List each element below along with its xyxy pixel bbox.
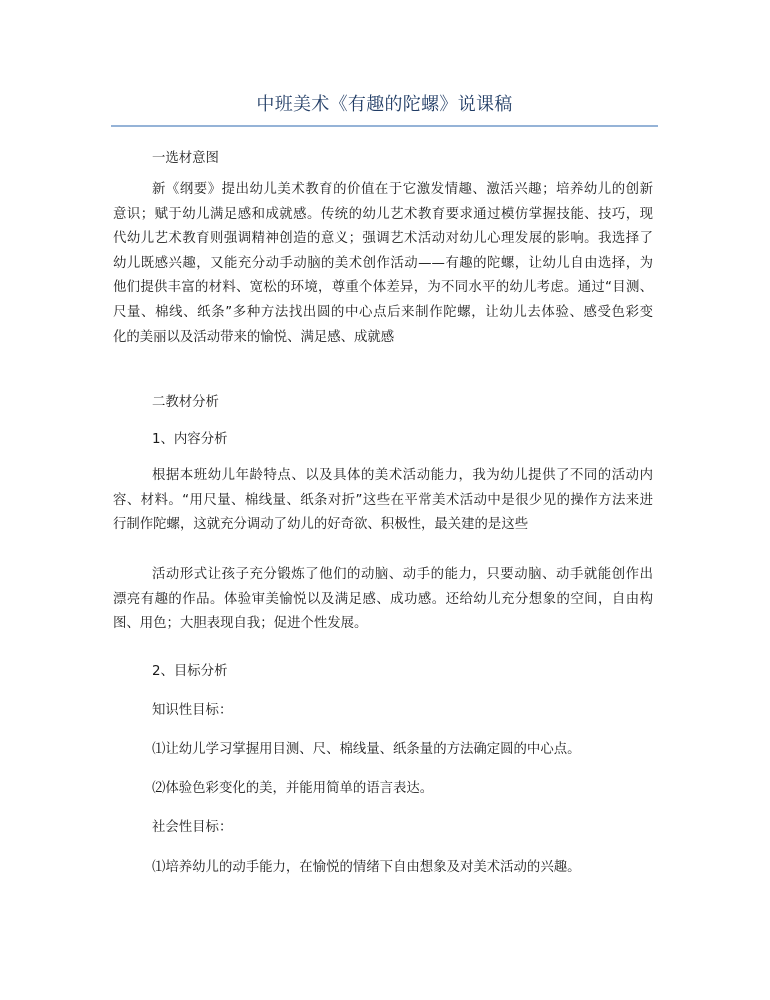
subheading-content-analysis: 1、内容分析 [152,431,227,449]
paragraph-line: 新《纲要》提出幼儿美术教育的价值在于它激发情趣、激活兴趣；培养幼儿的创新 [113,178,653,203]
paragraph-content-analysis: 根据本班幼儿年龄特点、以及具体的美术活动能力，我为幼儿提供了不同的活动内 容、材… [113,464,653,538]
heading-knowledge-goals: 知识性目标： [152,702,232,720]
paragraph-line: 他们提供丰富的材料、宽松的环境，尊重个体差异，为不同水平的幼儿考虑。通过“目测、 [113,276,653,301]
subheading-goal-analysis: 2、目标分析 [152,663,227,681]
paragraph-line: 化的美丽以及活动带来的愉悦、满足感、成就感 [113,326,653,351]
paragraph-line: 代幼儿艺术教育则强调精神创造的意义；强调艺术活动对幼儿心理发展的影响。我选择了 [113,227,653,252]
paragraph-line: 幼儿既感兴趣，又能充分动手动脑的美术创作活动——有趣的陀螺，让幼儿自由选择，为 [113,252,653,277]
section-heading-material-analysis: 二教材分析 [152,394,219,412]
title-rule-divider [111,125,658,127]
paragraph-line: 意识；赋于幼儿满足感和成就感。传统的幼儿艺术教育要求通过模仿掌握技能、技巧，现 [113,203,653,228]
section-heading-material-intent: 一选材意图 [152,150,219,168]
paragraph-line: 容、材料。“用尺量、棉线量、纸条对折”这些在平常美术活动中是很少见的操作方法来进 [113,489,653,514]
paragraph-line: 行制作陀螺，这就充分调动了幼儿的好奇欲、积极性，最关建的是这些 [113,513,653,538]
paragraph-line: 根据本班幼儿年龄特点、以及具体的美术活动能力，我为幼儿提供了不同的活动内 [113,464,653,489]
document-page: 中班美术《有趣的陀螺》说课稿 一选材意图 新《纲要》提出幼儿美术教育的价值在于它… [0,0,770,1000]
document-title: 中班美术《有趣的陀螺》说课稿 [111,92,658,118]
knowledge-goal-item: ⑴让幼儿学习掌握用目测、尺、棉线量、纸条量的方法确定圆的中心点。 [152,741,581,759]
social-goal-item: ⑴培养幼儿的动手能力，在愉悦的情绪下自由想象及对美术活动的兴趣。 [152,859,581,877]
paragraph-line: 图、用色；大胆表现自我；促进个性发展。 [113,612,653,637]
paragraph-line: 漂亮有趣的作品。体验审美愉悦以及满足感、成功感。还给幼儿充分想象的空间，自由构 [113,588,653,613]
heading-social-goals: 社会性目标： [152,819,232,837]
paragraph-material-intent: 新《纲要》提出幼儿美术教育的价值在于它激发情趣、激活兴趣；培养幼儿的创新 意识；… [113,178,653,350]
paragraph-line: 活动形式让孩子充分锻炼了他们的动脑、动手的能力，只要动脑、动手就能创作出 [113,563,653,588]
paragraph-activity-form: 活动形式让孩子充分锻炼了他们的动脑、动手的能力，只要动脑、动手就能创作出 漂亮有… [113,563,653,637]
knowledge-goal-item: ⑵体验色彩变化的美，并能用简单的语言表达。 [152,780,433,798]
paragraph-line: 尺量、棉线、纸条”多种方法找出圆的中心点后来制作陀螺，让幼儿去体验、感受色彩变 [113,301,653,326]
